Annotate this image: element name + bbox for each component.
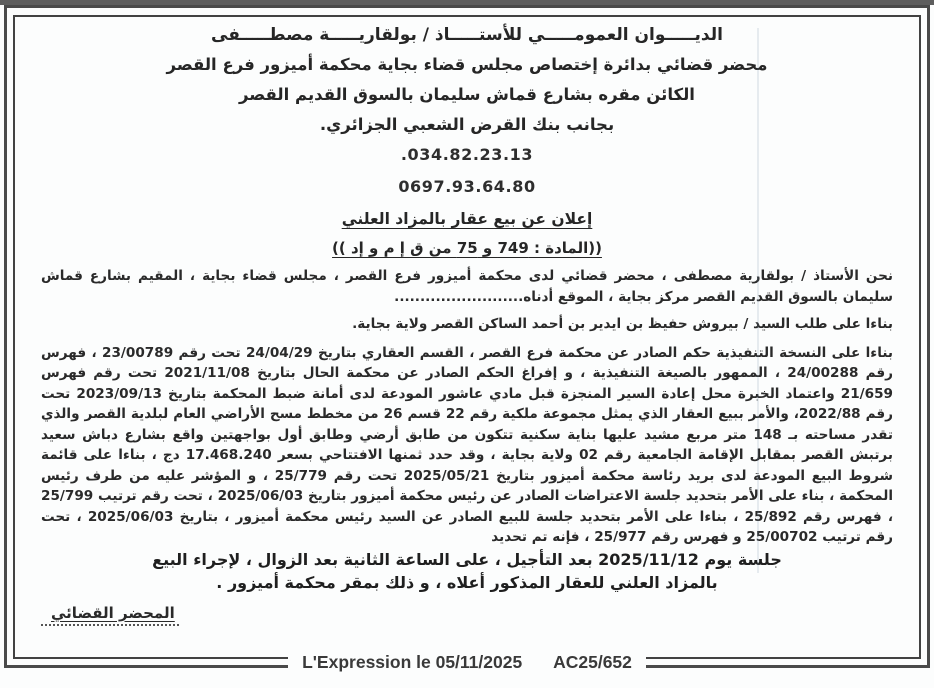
phone-number-2: 0697.93.64.80 <box>41 177 893 197</box>
request-paragraph: بناءا على طلب السيد / بيروش حفيظ بن ايدي… <box>41 314 893 335</box>
publication-date-label: L'Expression le 05/11/2025 <box>302 652 522 672</box>
notice-content: الديـــــوان العمومـــــي للأستـــــاذ /… <box>15 17 919 657</box>
office-name-line: الديـــــوان العمومـــــي للأستـــــاذ /… <box>41 25 893 45</box>
footer-box: L'Expression le 05/11/2025 AC25/652 <box>288 650 646 675</box>
inner-border-frame: الديـــــوان العمومـــــي للأستـــــاذ /… <box>13 15 921 659</box>
bailiff-intro-paragraph: نحن الأستاذ / بولقارية مصطفى ، محضر قضائ… <box>41 266 893 307</box>
auction-session-date-line: جلسة يوم 2025/11/12 بعد التأجيل ، على ال… <box>41 548 893 571</box>
signature-row: المحضر القضائي <box>41 603 893 626</box>
outer-border-frame: الديـــــوان العمومـــــي للأستـــــاذ /… <box>4 5 930 668</box>
notice-title: إعلان عن بيع عقار بالمزاد العلني <box>41 209 893 229</box>
auction-session-place-line: بالمزاد العلني للعقار المذكور أعلاه ، و … <box>41 571 893 594</box>
bailiff-jurisdiction-line: محضر قضائي بدائرة إختصاص مجلس قضاء بجاية… <box>41 55 893 75</box>
legal-article-reference: ((المادة : 749 و 75 من ق إ م و إد )) <box>41 238 893 258</box>
bailiff-signature-label: المحضر القضائي <box>41 604 179 626</box>
scanned-notice-page: الديـــــوان العمومـــــي للأستـــــاذ /… <box>0 0 934 688</box>
main-body-paragraph: بناءا على النسخة التنفيذية حكم الصادر عن… <box>41 343 893 548</box>
phone-number-1: .034.82.23.13 <box>41 145 893 165</box>
newspaper-footer: L'Expression le 05/11/2025 AC25/652 <box>0 650 934 675</box>
office-landmark-line: بجانب بنك القرض الشعبي الجزائري. <box>41 115 893 135</box>
announcement-ref-code: AC25/652 <box>553 652 632 672</box>
office-address-line: الكائن مقره بشارع قماش سليمان بالسوق الق… <box>41 85 893 105</box>
